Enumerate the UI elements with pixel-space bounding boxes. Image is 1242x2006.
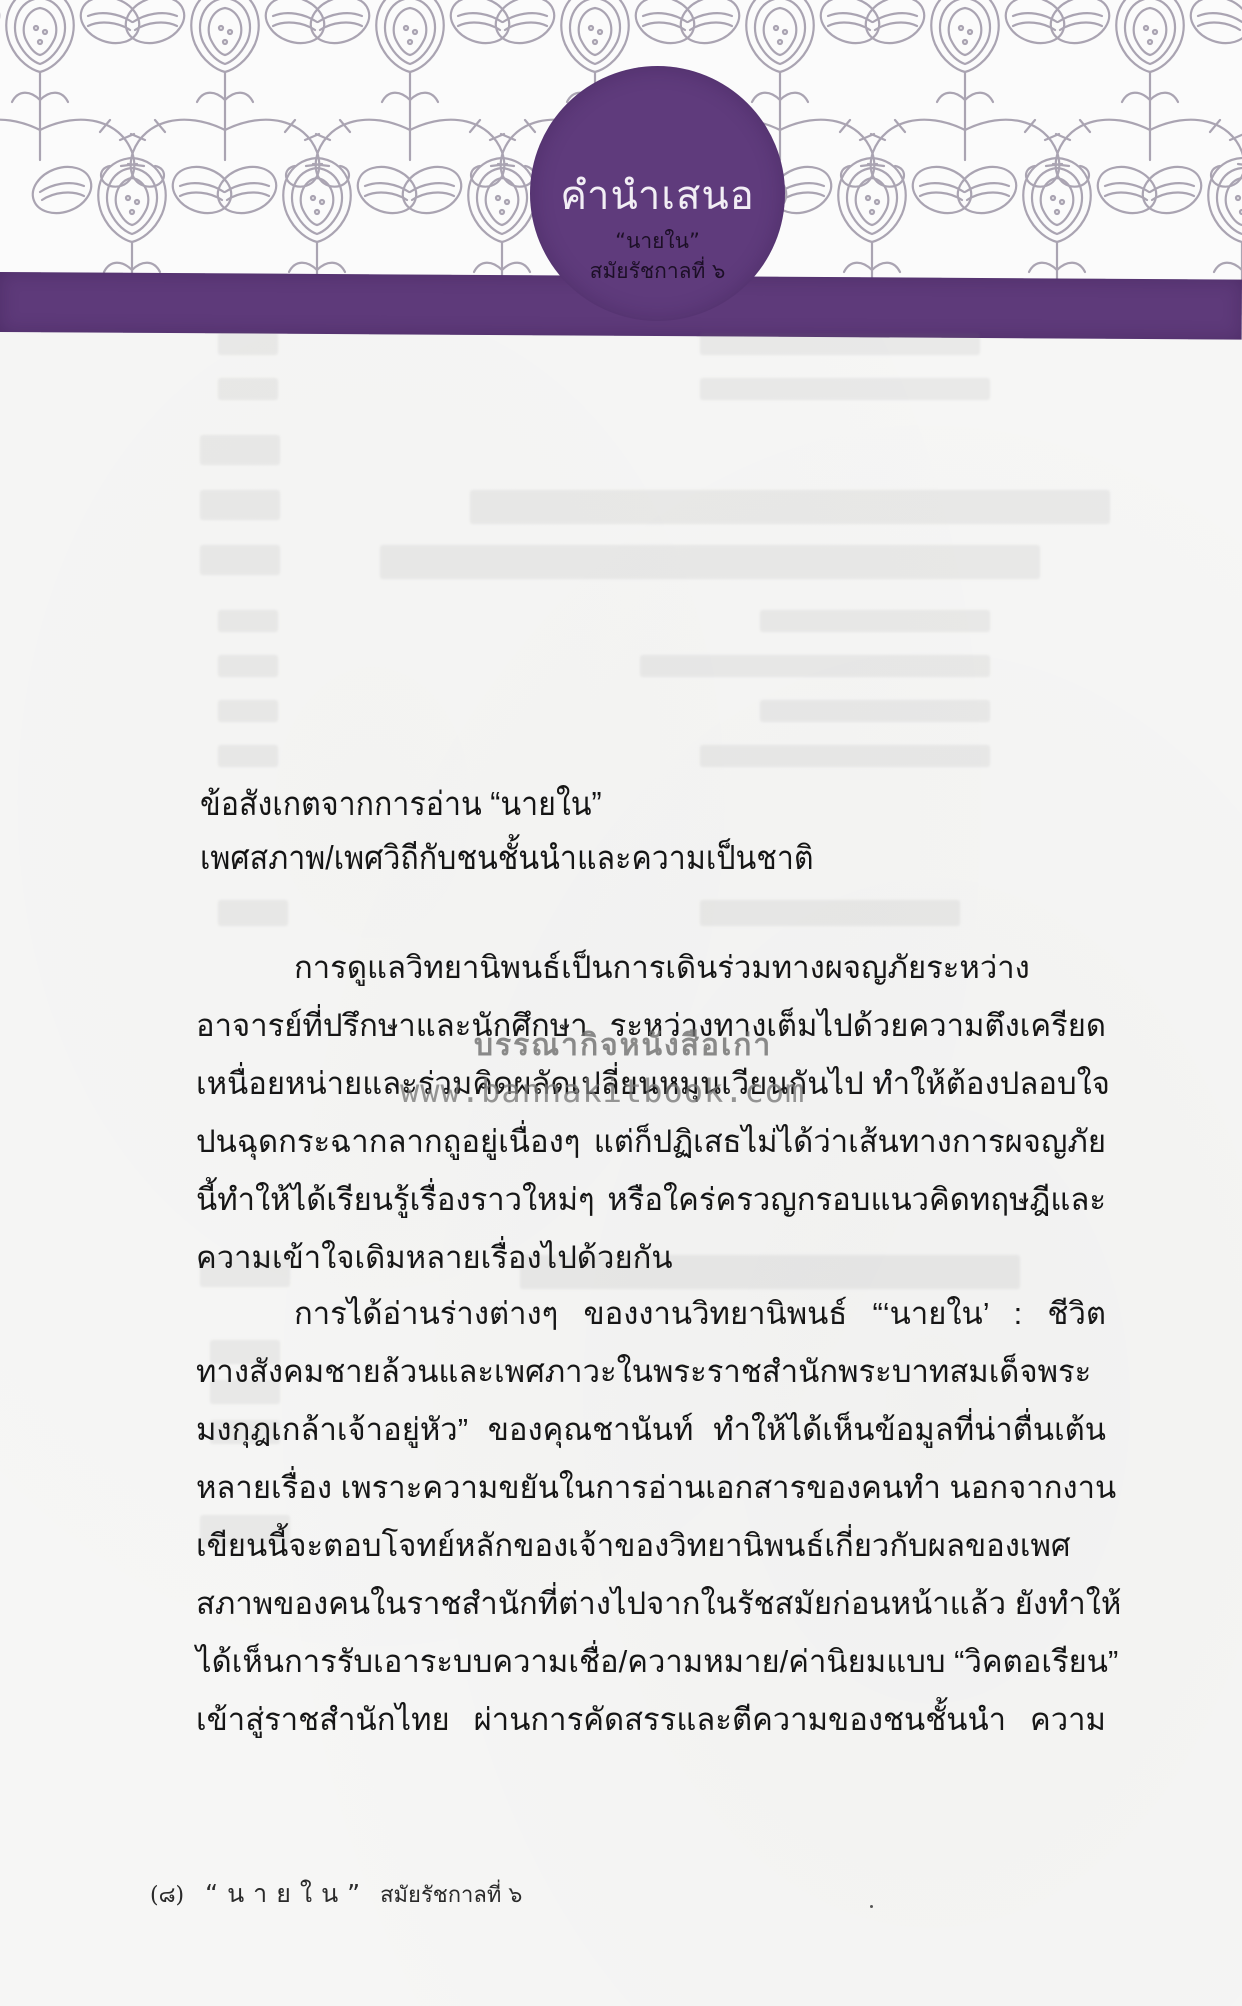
ghost-mark [200, 545, 280, 575]
paper-speck [870, 1905, 873, 1908]
paragraph-line: การได้อ่านร่างต่างๆ ของงานวิทยานิพนธ์ “‘… [294, 1294, 1106, 1334]
ghost-mark [200, 435, 280, 465]
ghost-mark [470, 490, 1110, 524]
paragraph-line: ปนฉุดกระฉากลากถูอยู่เนื่องๆ แต่ก็ปฏิเสธไ… [196, 1122, 1106, 1162]
paragraph-line: การดูแลวิทยานิพนธ์เป็นการเดินร่วมทางผจญภ… [294, 948, 1106, 988]
paragraph-line: นี้ทำให้ได้เรียนรู้เรื่องราวใหม่ๆ หรือใค… [196, 1180, 1106, 1220]
ghost-mark [700, 745, 990, 767]
running-title-rest: สมัยรัชกาลที่ ๖ [380, 1883, 522, 1908]
chapter-subtitle-line2: สมัยรัชกาลที่ ๖ [530, 255, 785, 288]
ghost-mark [218, 900, 288, 926]
paragraph-line: หลายเรื่อง เพราะความขยันในการอ่านเอกสารข… [196, 1468, 1106, 1508]
ghost-mark [218, 745, 278, 767]
ghost-mark [380, 545, 1040, 579]
running-title-spaced: “นายใน” [205, 1879, 369, 1908]
paragraph-line: เข้าสู่ราชสำนักไทย ผ่านการคัดสรรและตีควา… [196, 1700, 1106, 1740]
ghost-mark [640, 655, 990, 677]
section-heading-line1: ข้อสังเกตจากการอ่าน “นายใน” [200, 775, 1028, 833]
paragraph-line: ทางสังคมชายล้วนและเพศภาวะในพระราชสำนักพร… [196, 1352, 1106, 1392]
ghost-mark [218, 700, 278, 722]
watermark-shop-name: บรรณากิจหนังสือเก่า [474, 1022, 772, 1069]
paragraph-line: ความเข้าใจเดิมหลายเรื่องไปด้วยกัน [196, 1238, 1106, 1278]
ghost-mark [760, 700, 990, 722]
paragraph-line: ได้เห็นการรับเอาระบบความเชื่อ/ความหมาย/ค… [196, 1642, 1106, 1682]
ghost-mark [218, 655, 278, 677]
ghost-mark [700, 333, 980, 355]
watermark-url: www.bannakitbook.com [400, 1072, 805, 1110]
ghost-mark [200, 490, 280, 520]
paragraph-line: เขียนนี้จะตอบโจทย์หลักของเจ้าของวิทยานิพ… [196, 1526, 1106, 1566]
ghost-mark [700, 378, 990, 400]
ghost-mark [760, 610, 990, 632]
book-page: คำนำเสนอ “นายใน” สมัยรัชกาลที่ ๖ ข้อสังเ… [0, 0, 1242, 2006]
ghost-mark [700, 900, 960, 926]
chapter-subtitle-line1: “นายใน” [530, 225, 785, 258]
page-number: (๘) [150, 1883, 184, 1908]
ghost-mark [218, 333, 278, 355]
paragraph-line: สภาพของคนในราชสำนักที่ต่างไปจากในรัชสมัย… [196, 1584, 1106, 1624]
section-heading-line2: เพศสภาพ/เพศวิถีกับชนชั้นนำและความเป็นชาต… [200, 829, 1028, 887]
chapter-title: คำนำเสนอ [530, 163, 785, 227]
ghost-mark [218, 378, 278, 400]
paragraph-line: มงกุฎเกล้าเจ้าอยู่หัว” ของคุณชานันท์ ทำใ… [196, 1410, 1106, 1450]
page-footer: (๘) “นายใน” สมัยรัชกาลที่ ๖ [150, 1874, 522, 1914]
ghost-mark [218, 610, 278, 632]
